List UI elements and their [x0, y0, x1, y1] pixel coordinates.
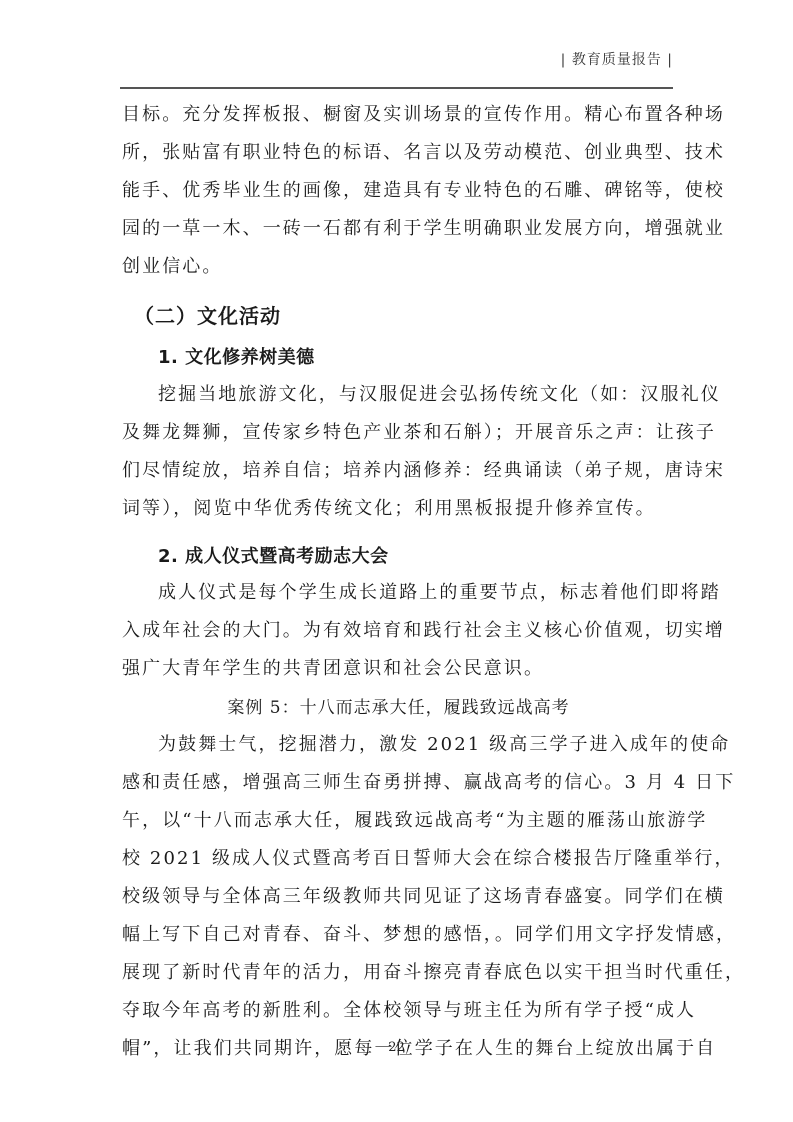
text-line: 校 2021 级成人仪式暨高考百日誓师大会在综合楼报告厅隆重举行，: [122, 840, 675, 878]
text-line: 幅上写下自己对青春、奋斗、梦想的感悟，。同学们用文字抒发情感，: [122, 916, 675, 954]
text-line: 午，以“十八而志承大任，履践致远战高考“为主题的雁荡山旅游学: [122, 802, 675, 840]
text-line: 展现了新时代青年的活力，用奋斗擦亮青春底色以实干担当时代重任，: [122, 954, 675, 992]
subsection-heading-2: 2. 成人仪式暨高考励志大会: [122, 534, 675, 574]
text-line: 校级领导与全体高三年级教师共同见证了这场青春盛宴。同学们在横: [122, 878, 675, 916]
header-divider: [120, 87, 673, 89]
page-body: 目标。充分发挥板报、橱窗及实训场景的宣传作用。精心布置各种场 所，张贴富有职业特…: [122, 96, 675, 1068]
text-line: 强广大青年学生的共青团意识和社会公民意识。: [122, 650, 675, 688]
page-number: 22: [0, 1040, 793, 1055]
section-heading: （二）文化活动: [122, 286, 675, 338]
intro-paragraph: 目标。充分发挥板报、橱窗及实训场景的宣传作用。精心布置各种场 所，张贴富有职业特…: [122, 96, 675, 286]
subsection-2-paragraph: 成人仪式是每个学生成长道路上的重要节点，标志着他们即将踏 入成年社会的大门。为有…: [122, 574, 675, 688]
text-line: 夺取今年高考的新胜利。全体校领导与班主任为所有学子授“成人: [122, 992, 675, 1030]
text-line: 入成年社会的大门。为有效培育和践行社会主义核心价值观，切实增: [122, 612, 675, 650]
text-line: 所，张贴富有职业特色的标语、名言以及劳动模范、创业典型、技术: [122, 134, 675, 172]
subsection-heading-1: 1. 文化修养树美德: [122, 338, 675, 376]
subsection-1-paragraph: 挖掘当地旅游文化，与汉服促进会弘扬传统文化（如：汉服礼仪 及舞龙舞狮，宣传家乡特…: [122, 376, 675, 528]
case-title: 案例 5：十八而志承大任，履践致远战高考: [122, 688, 675, 726]
case-paragraph: 为鼓舞士气，挖掘潜力，激发 2021 级高三学子进入成年的使命 感和责任感，增强…: [122, 726, 675, 1068]
text-line: 目标。充分发挥板报、橱窗及实训场景的宣传作用。精心布置各种场: [122, 96, 675, 134]
text-line: 挖掘当地旅游文化，与汉服促进会弘扬传统文化（如：汉服礼仪: [122, 376, 675, 414]
text-line: 园的一草一木、一砖一石都有利于学生明确职业发展方向，增强就业: [122, 210, 675, 248]
text-line: 们尽情绽放，培养自信；培养内涵修养：经典诵读（弟子规，唐诗宋: [122, 452, 675, 490]
text-line: 及舞龙舞狮，宣传家乡特色产业茶和石斛）；开展音乐之声：让孩子: [122, 414, 675, 452]
text-line: 为鼓舞士气，挖掘潜力，激发 2021 级高三学子进入成年的使命: [122, 726, 675, 764]
text-line: 成人仪式是每个学生成长道路上的重要节点，标志着他们即将踏: [122, 574, 675, 612]
header-title: | 教育质量报告 |: [561, 49, 673, 69]
text-line: 词等），阅览中华优秀传统文化；利用黑板报提升修养宣传。: [122, 490, 675, 528]
text-line: 创业信心。: [122, 248, 675, 286]
text-line: 感和责任感，增强高三师生奋勇拼搏、赢战高考的信心。3 月 4 日下: [122, 764, 675, 802]
text-line: 能手、优秀毕业生的画像，建造具有专业特色的石雕、碑铭等，使校: [122, 172, 675, 210]
